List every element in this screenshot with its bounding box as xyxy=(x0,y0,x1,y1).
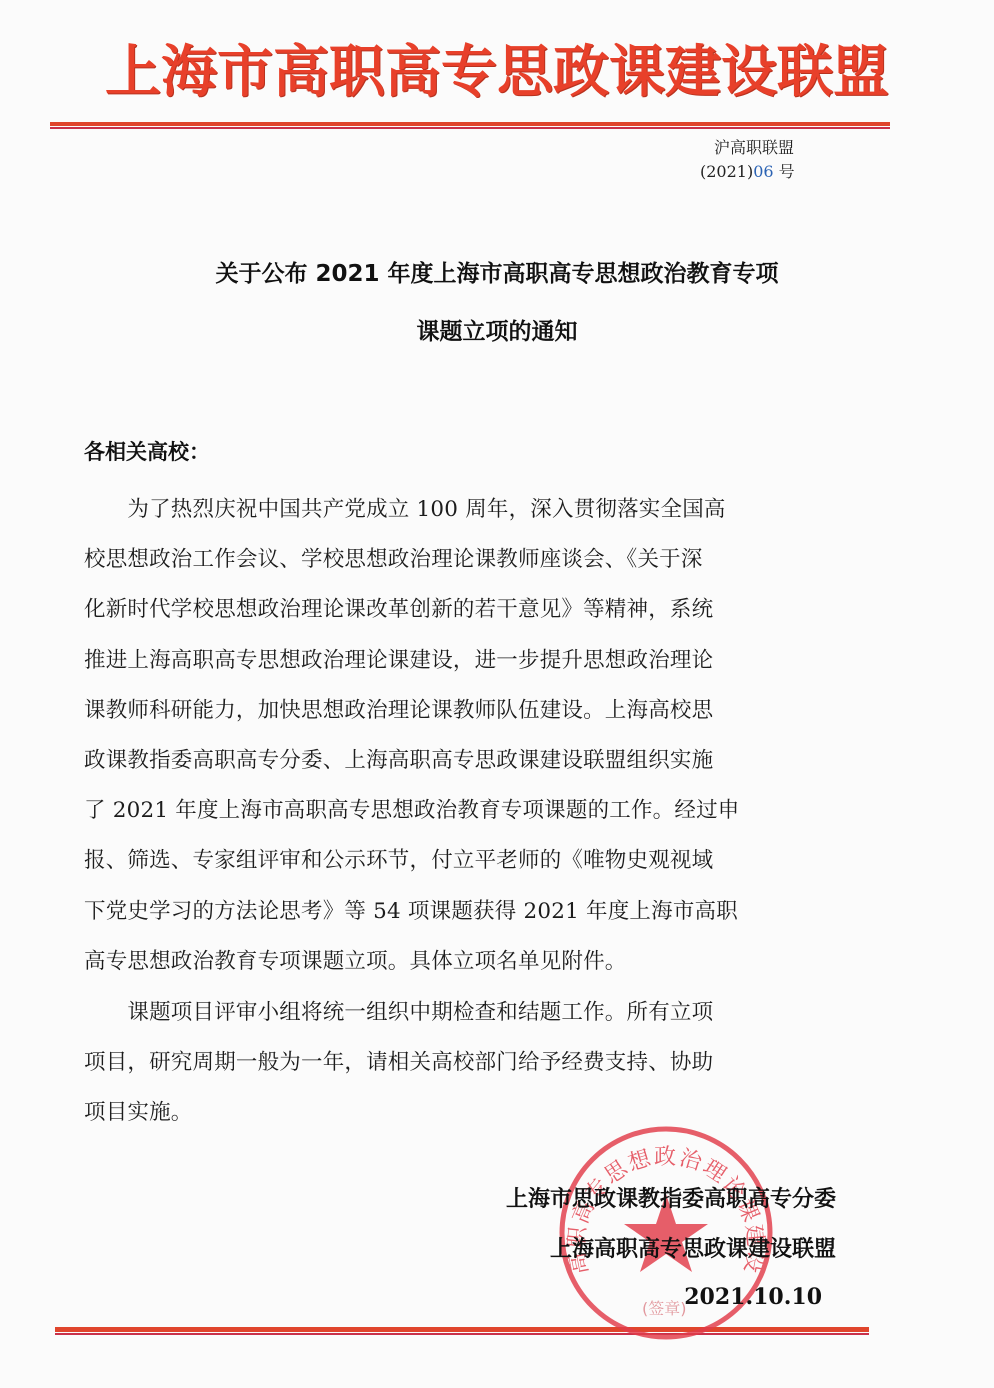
body-line: 政课教指委高职高专分委、上海高职高专思政课建设联盟组织实施 xyxy=(84,743,713,774)
body-line: 高专思想政治教育专项课题立项。具体立项名单见附件。 xyxy=(84,944,627,975)
document-title-line-2: 课题立项的通知 xyxy=(0,313,994,346)
body-line: 课题项目评审小组将统一组织中期检查和结题工作。所有立项 xyxy=(84,995,713,1026)
salutation: 各相关高校： xyxy=(84,436,210,466)
doc-year: (2021) xyxy=(700,162,753,181)
doc-serial-suffix: 号 xyxy=(774,162,795,181)
body-line: 下党史学习的方法论思考》等 54 项课题获得 2021 年度上海市高职 xyxy=(84,894,738,925)
body-line: 推进上海高职高专思想政治理论课建设，进一步提升思想政治理论 xyxy=(84,643,713,674)
document-title-line-1: 关于公布 2021 年度上海市高职高专思想政治教育专项 xyxy=(0,255,994,288)
body-line: 课教师科研能力，加快思想政治理论课教师队伍建设。上海高校思 xyxy=(84,693,713,724)
body-line: 化新时代学校思想政治理论课改革创新的若干意见》等精神，系统 xyxy=(84,592,713,623)
svg-text:(签章): (签章) xyxy=(642,1299,687,1318)
body-line: 项目实施。 xyxy=(84,1095,193,1126)
body-line: 报、筛选、专家组评审和公示环节，付立平老师的《唯物史观视域 xyxy=(84,843,713,874)
signatory-org-2: 上海高职高专思政课建设联盟 xyxy=(550,1232,836,1263)
doc-serial: (2021)06 号 xyxy=(700,160,830,184)
header-divider xyxy=(50,122,890,126)
issue-date: 2021.10.10 xyxy=(684,1284,822,1310)
doc-serial-number: 06 xyxy=(753,162,773,181)
body-line: 校思想政治工作会议、学校思想政治理论课教师座谈会、《关于深 xyxy=(84,542,703,573)
body-line: 了 2021 年度上海市高职高专思想政治教育专项课题的工作。经过申 xyxy=(84,793,740,824)
masthead-title: 上海市高职高专思政课建设联盟 xyxy=(0,38,994,108)
signatory-org-1: 上海市思政课教指委高职高专分委 xyxy=(506,1182,836,1213)
body-line: 项目，研究周期一般为一年，请相关高校部门给予经费支持、协助 xyxy=(84,1045,713,1076)
document-number: 沪高职联盟 (2021)06 号 xyxy=(700,136,830,184)
body-line: 为了热烈庆祝中国共产党成立 100 周年，深入贯彻落实全国高 xyxy=(84,492,726,523)
doc-issuer: 沪高职联盟 xyxy=(700,136,830,160)
header-divider-thin xyxy=(50,127,890,129)
